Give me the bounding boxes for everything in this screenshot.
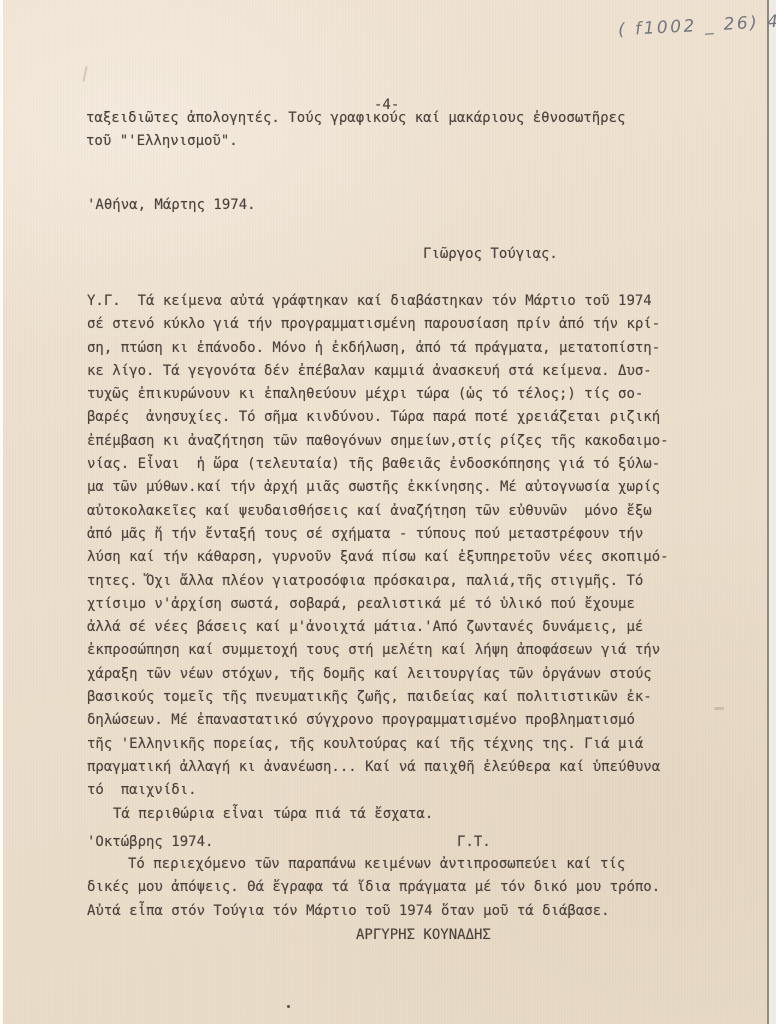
signature-argyris-kounadis: ΑΡΓΥΡΗΣ ΚΟΥΝΑΔΗΣ	[356, 924, 491, 947]
typed-line: ἐπέμβαση κι ἀναζήτηση τῶν παθογόνων σημε…	[87, 430, 669, 453]
scanned-document-page: ( f1002 _ 26) 4 -4- ταξειδιῶτες ἀπολογητ…	[0, 0, 776, 1024]
typed-line: τυχῶς ἐπικυρώνουν κι ἐπαληθεύουν μέχρι τ…	[87, 383, 669, 406]
typed-line: πραγματική ἀλλαγή κι ἀνανέωση... Καί νά …	[87, 756, 669, 779]
typed-line: σέ στενό κύκλο γιά τήν προγραμματισμένη …	[87, 313, 669, 336]
typed-line: λύση καί τήν κάθαρση, γυρνοῦν ξανά πίσω …	[87, 546, 669, 569]
typed-line: αὐτοκολακεῖες καί ψευδαισθήσεις καί ἀναζ…	[87, 500, 669, 523]
dateline-march-1974: 'Αθήνα, Μάρτης 1974.	[87, 194, 256, 217]
initials-gt: Γ.Τ.	[457, 831, 491, 854]
typed-line: νίας. Εἶναι ἡ ὥρα (τελευταία) τῆς βαθειᾶ…	[87, 453, 669, 476]
dateline-october-1974: 'Οκτώβρης 1974.	[87, 831, 213, 854]
typed-line: Αὐτά εἶπα στόν Τούγια τόν Μάρτιο τοῦ 197…	[87, 900, 660, 923]
typed-line: τῆς 'Ελληνικῆς πορείας, τῆς κουλτούρας κ…	[87, 733, 669, 756]
typed-line: Τό περιεχόμενο τῶν παραπάνω κειμένων ἀντ…	[87, 853, 660, 876]
typed-line: χάραξη τῶν νέων στόχων, τῆς δομῆς καί λε…	[87, 663, 669, 686]
typed-line: βαρές ἀνησυχίες. Τό σῆμα κινδύνου. Τώρα …	[87, 406, 669, 429]
intro-paragraph: ταξειδιῶτες ἀπολογητές. Τούς γραφικούς κ…	[86, 107, 625, 154]
typed-line: χτίσιμο ν'ἀρχίση σωστά, σοβαρά, ρεαλιστι…	[87, 593, 669, 616]
signature-giorgos-tougias: Γιῶργος Τούγιας.	[423, 243, 558, 266]
typed-line: Υ.Γ. Τά κείμενα αὐτά γράφτηκαν καί διαβά…	[87, 290, 669, 313]
postscript-paragraph: Υ.Γ. Τά κείμενα αὐτά γράφτηκαν καί διαβά…	[87, 290, 669, 803]
typed-line: τητες. Ὄχι ἄλλα πλέον γιατροσόφια πρόσκα…	[87, 570, 669, 593]
typed-line: βασικούς τομεῖς τῆς πνευματικῆς ζωῆς, πα…	[87, 686, 669, 709]
typed-line: τό παιχνίδι.	[87, 779, 669, 802]
typed-line: τοῦ "'Ελληνισμοῦ".	[86, 130, 625, 153]
typed-line: δικές μου ἀπόψεις. Θά ἔγραφα τά ἴδια πρά…	[87, 876, 660, 899]
typed-line: δηλώσεων. Μέ ἐπαναστατικό σύγχρονο προγρ…	[87, 709, 669, 732]
typed-line: ταξειδιῶτες ἀπολογητές. Τούς γραφικούς κ…	[86, 107, 625, 130]
paper-speck	[287, 1005, 290, 1008]
typed-line: ἐκπροσώπηση καί συμμετοχή τους στή μελέτ…	[87, 639, 669, 662]
typed-line: ἀπό μᾶς ἤ τήν ἔνταξή τους σέ σχήματα - τ…	[87, 523, 669, 546]
margins-sentence: Τά περιθώρια εἶναι τώρα πιά τά ἔσχατα.	[113, 803, 433, 826]
closing-paragraph: Τό περιεχόμενο τῶν παραπάνω κειμένων ἀντ…	[87, 853, 660, 923]
typed-line: κε λίγο. Τά γεγονότα δέν ἐπέβαλαν καμμιά…	[87, 360, 669, 383]
typed-line: μα τῶν μύθων.καί τήν ἀρχή μιᾶς σωστῆς ἐκ…	[87, 476, 669, 499]
scanner-background-strip	[769, 0, 776, 1024]
typed-line: ση, πτώση κι ἐπάνοδο. Μόνο ἡ ἐκδήλωση, ἀ…	[87, 337, 669, 360]
typed-line: ἀλλά σέ νέες βάσεις καί μ'ἀνοιχτά μάτια.…	[87, 616, 669, 639]
paper-smudge	[714, 707, 724, 710]
